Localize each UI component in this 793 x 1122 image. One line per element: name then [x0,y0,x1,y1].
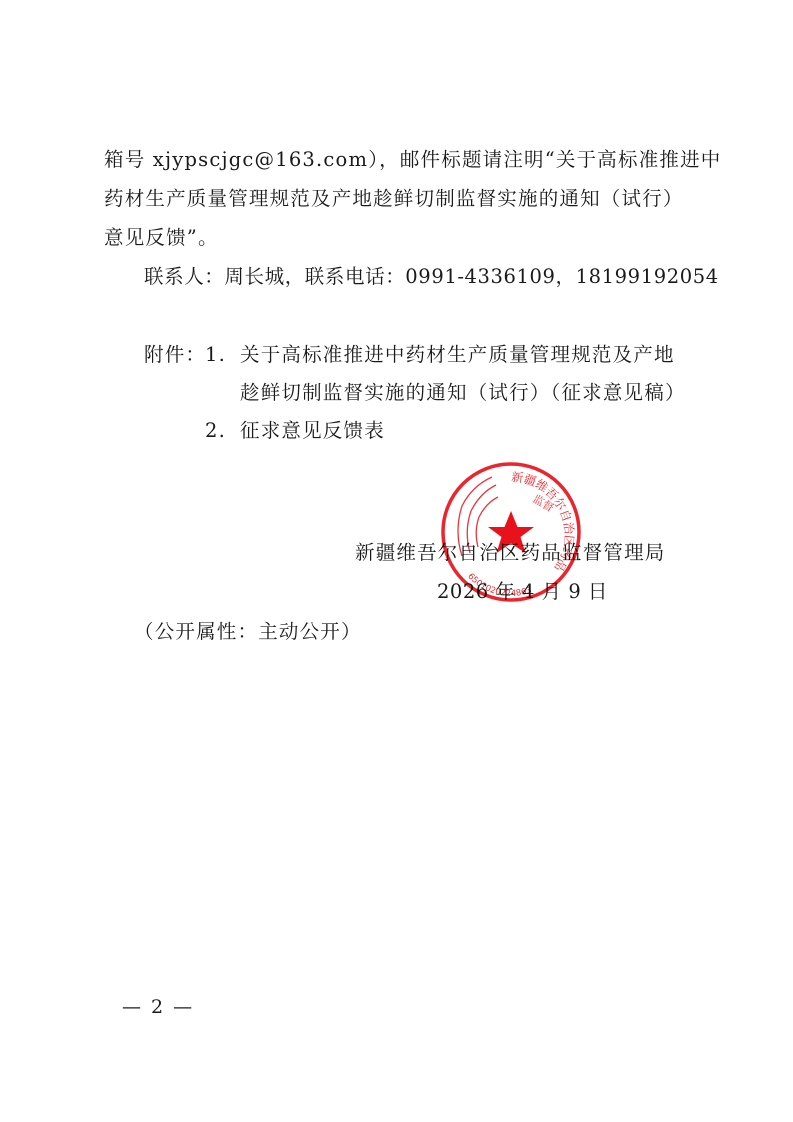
page-number: — 2 — [122,995,194,1019]
signature-date: 2026 年 4 月 9 日 [437,580,608,604]
attachment-1-line-1: 关于高标准推进中药材生产质量管理规范及产地 [240,343,675,367]
paragraph-line-1: 箱号 xjypscjgc@163.com），邮件标题请注明“关于高标准推进中 [104,148,722,172]
contact-line: 联系人：周长城，联系电话：0991-4336109，18199192054 [144,265,719,289]
disclosure-attribute: （公开属性：主动公开） [134,620,362,644]
signature-organization: 新疆维吾尔自治区药品监督管理局 [355,541,666,565]
attachment-1-number: 1. [205,343,226,367]
svg-text:监督: 监督 [531,491,557,514]
document-page: 箱号 xjypscjgc@163.com），邮件标题请注明“关于高标准推进中 药… [0,0,793,1122]
attachment-1-line-2: 趁鲜切制监督实施的通知（试行）（征求意见稿） [240,381,686,405]
attachment-2-number: 2. [205,419,226,443]
paragraph-line-2: 药材生产质量管理规范及产地趁鲜切制监督实施的通知（试行） [104,187,684,211]
attachment-2-line-1: 征求意见反馈表 [240,419,385,443]
paragraph-line-3: 意见反馈”。 [104,226,219,250]
attachments-label: 附件： [144,343,206,367]
